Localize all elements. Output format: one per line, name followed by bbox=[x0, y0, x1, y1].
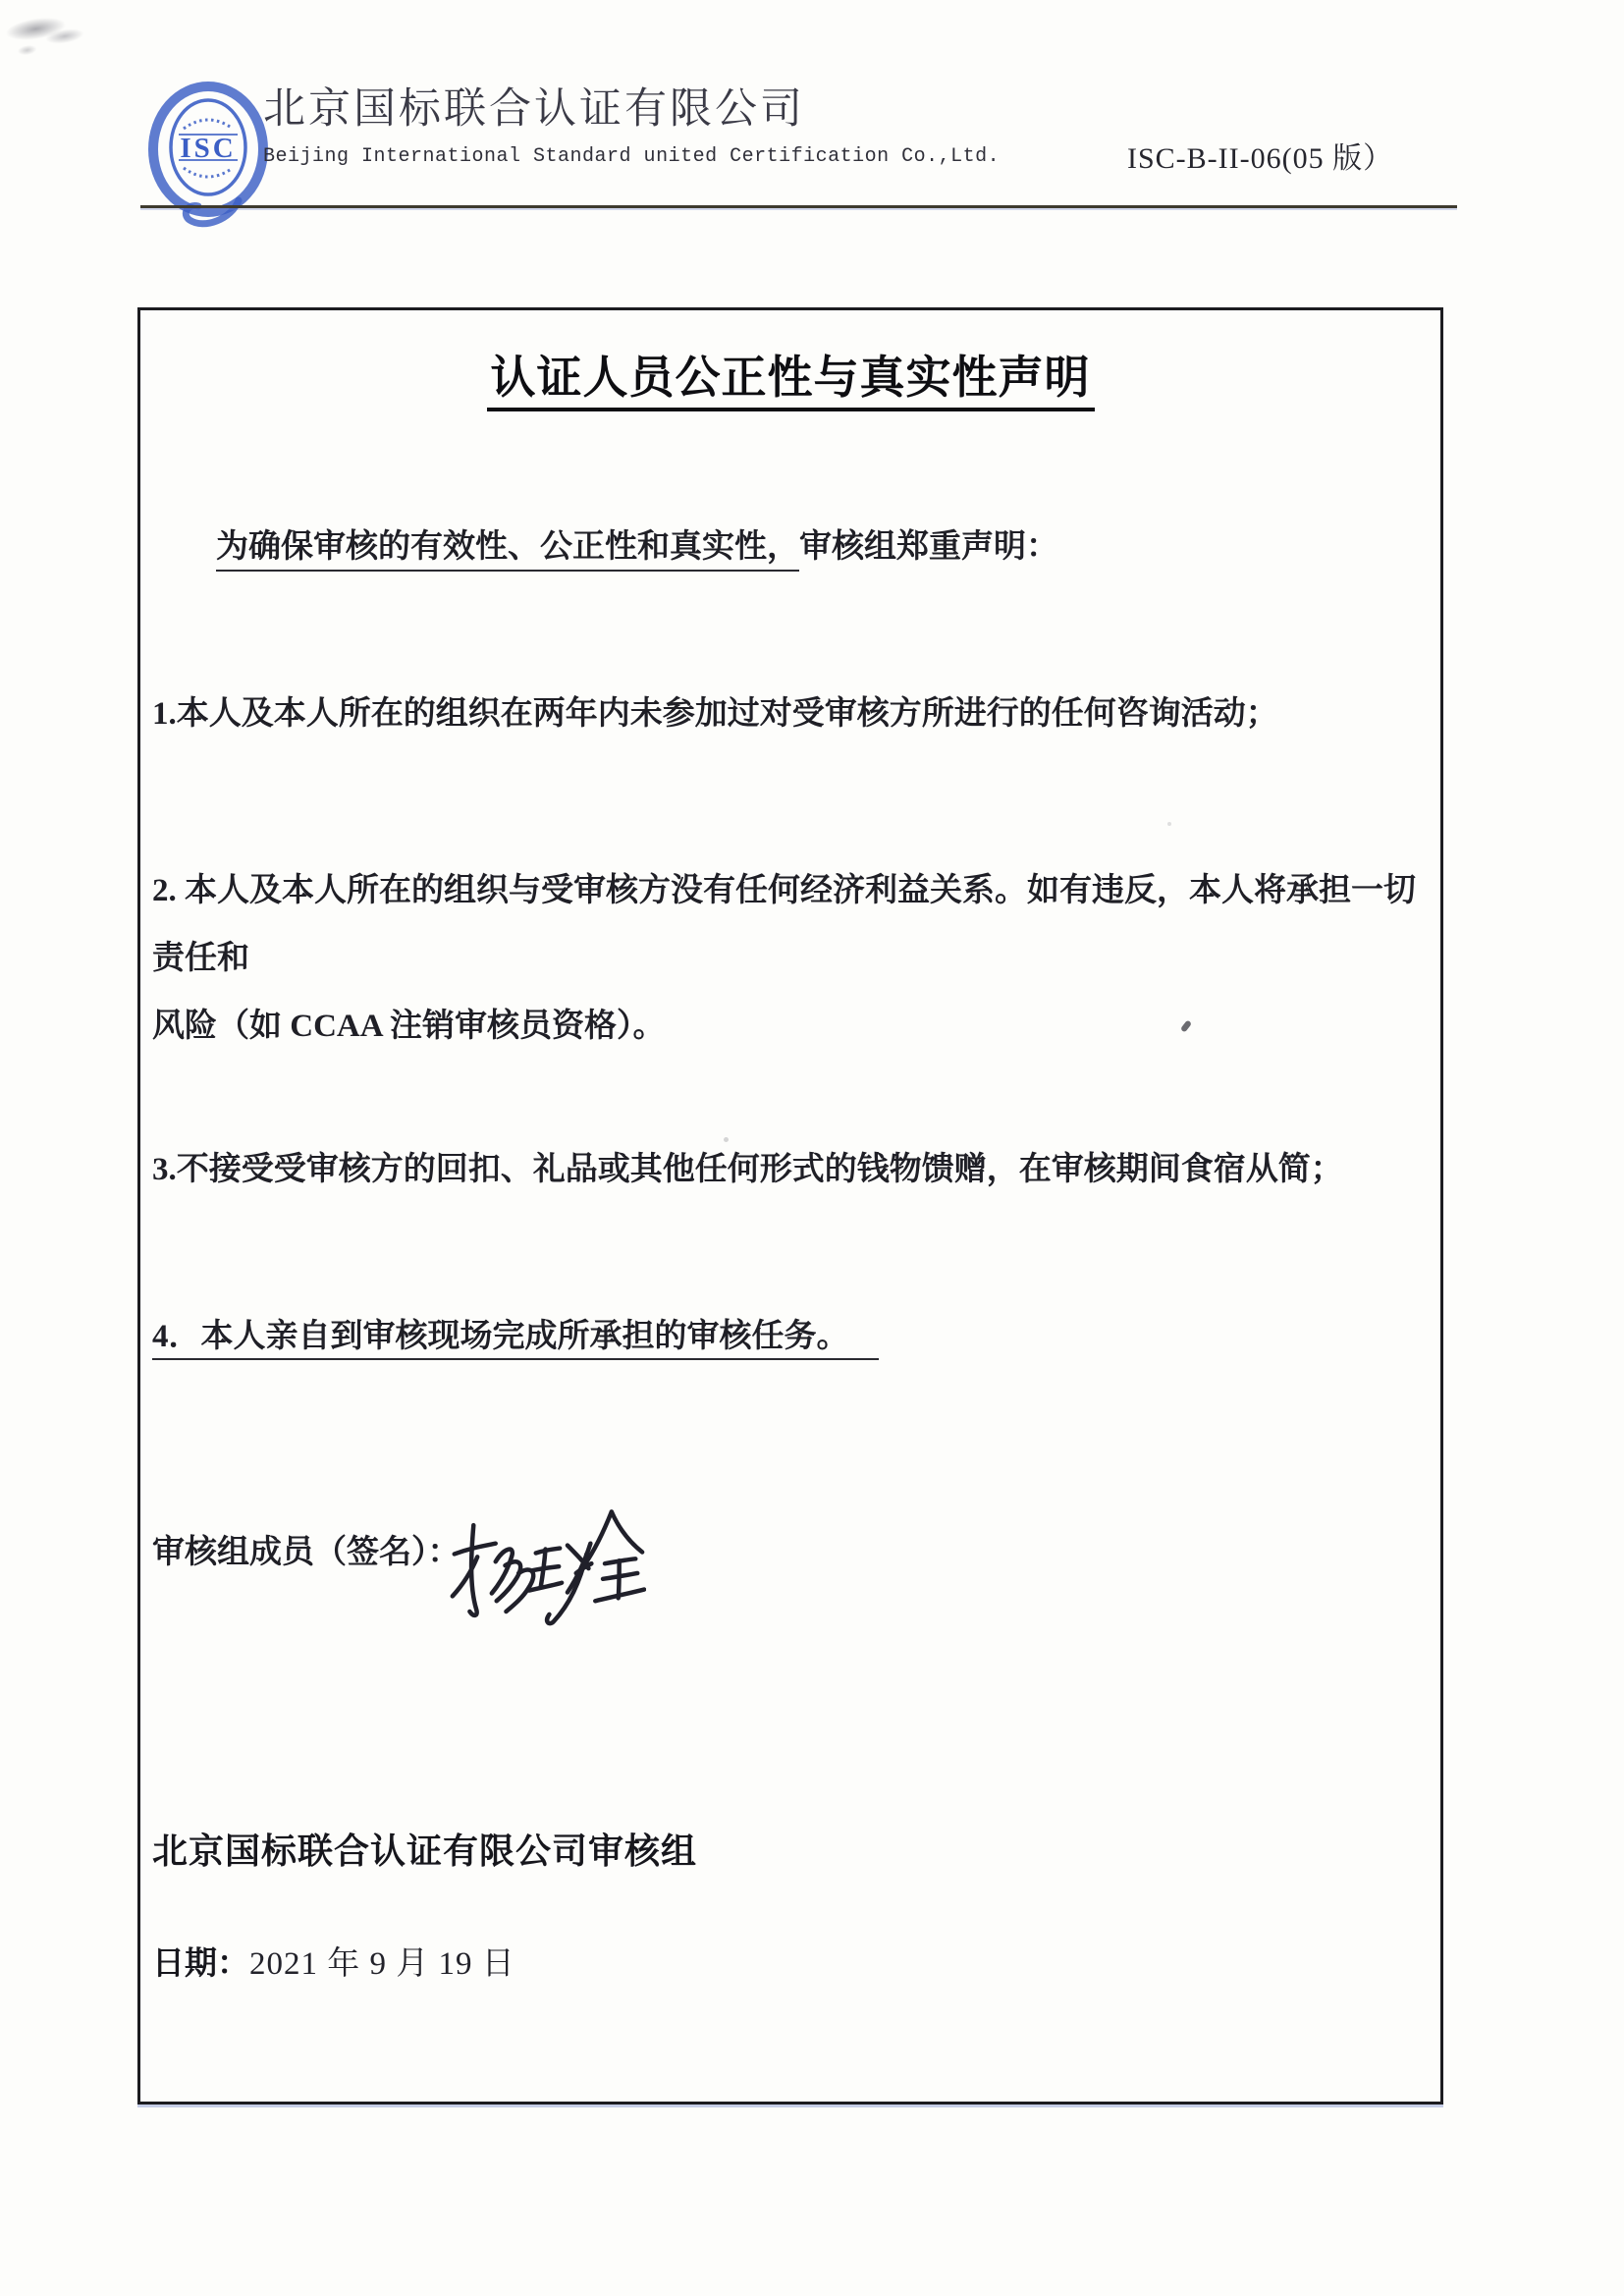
declaration-intro: 为确保审核的有效性、公正性和真实性，审核组郑重声明： bbox=[152, 514, 1425, 581]
declaration-item-text: 3.不接受受审核方的回扣、礼品或其他任何形式的钱物馈赠，在审核期间食宿从简； bbox=[152, 1152, 1343, 1187]
scanned-document-page: ISC 北京国标联合认证有限公司 Beijing International S… bbox=[0, 0, 1624, 2296]
declaration-item-text: 4．本人亲自到审核现场完成所承担的审核任务。 bbox=[152, 1319, 879, 1360]
declaration-item: 2. 本人及本人所在的组织与受审核方没有任何经济利益关系。如有违反，本人将承担一… bbox=[152, 857, 1425, 1061]
handwritten-signature bbox=[445, 1502, 646, 1641]
date-value: 2021 年 9 月 19 日 bbox=[249, 1946, 515, 1982]
date-row: 日期：2021 年 9 月 19 日 bbox=[152, 1944, 1425, 1984]
scan-smudge bbox=[0, 0, 116, 77]
declaration-item-text: 1.本人及本人所在的组织在两年内未参加过对受审核方所进行的任何咨询活动； bbox=[152, 696, 1278, 732]
declaration-item: 3.不接受受审核方的回扣、礼品或其他任何形式的钱物馈赠，在审核期间食宿从简； bbox=[152, 1136, 1425, 1204]
signature-label: 审核组成员（签名）： bbox=[152, 1535, 460, 1570]
intro-underlined-text: 为确保审核的有效性、公正性和真实性， bbox=[216, 529, 799, 572]
declaration-item-text: 风险（如 CCAA 注销审核员资格）。 bbox=[152, 1009, 666, 1044]
document-code: ISC-B-II-06(05 版） bbox=[1127, 134, 1393, 177]
declaration-items: 1.本人及本人所在的组织在两年内未参加过对受审核方所进行的任何咨询活动；2. 本… bbox=[140, 681, 1440, 1371]
isc-company-logo-icon: ISC bbox=[143, 77, 281, 234]
date-label: 日期： bbox=[152, 1946, 249, 1982]
declaration-item-text: 2. 本人及本人所在的组织与受审核方没有任何经济利益关系。如有违反，本人将承担一… bbox=[152, 873, 1416, 976]
declaration-box: 认证人员公正性与真实性声明 为确保审核的有效性、公正性和真实性，审核组郑重声明：… bbox=[137, 307, 1443, 2105]
company-name-en: Beijing International Standard united Ce… bbox=[263, 145, 1000, 168]
audit-team-name: 北京国标联合认证有限公司审核组 bbox=[152, 1829, 1425, 1875]
declaration-item: 4．本人亲自到审核现场完成所承担的审核任务。 bbox=[152, 1303, 1425, 1371]
declaration-title: 认证人员公正性与真实性声明 bbox=[150, 351, 1431, 411]
company-name-cn: 北京国标联合认证有限公司 bbox=[263, 84, 805, 136]
logo-text: ISC bbox=[180, 133, 236, 164]
header-divider bbox=[140, 205, 1457, 208]
intro-rest-text: 审核组郑重声明： bbox=[799, 529, 1058, 565]
declaration-item: 1.本人及本人所在的组织在两年内未参加过对受审核方所进行的任何咨询活动； bbox=[152, 681, 1425, 748]
signature-row: 审核组成员（签名）： bbox=[152, 1519, 1425, 1587]
